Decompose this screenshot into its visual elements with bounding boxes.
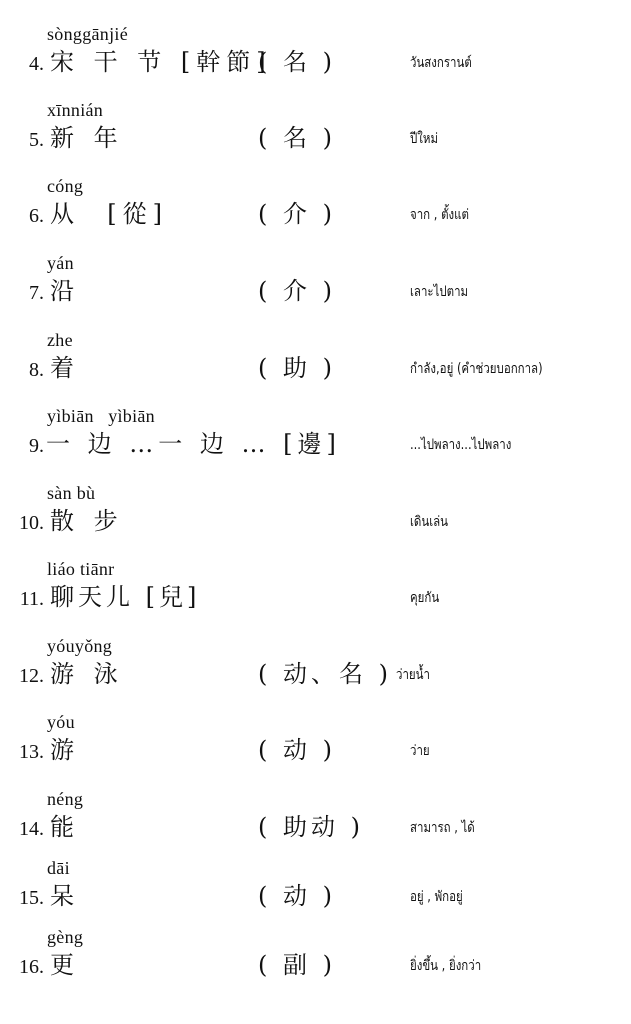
entry-number: 14. <box>0 815 44 843</box>
entry-number: 13. <box>0 738 44 766</box>
vocab-entry: dāi 15. 呆 ( 动 ) อยู่ , พักอยู่ <box>0 858 631 928</box>
chinese-word: 游 <box>50 734 80 766</box>
thai-meaning: ปีใหม่ <box>410 128 438 150</box>
vocab-entry: xīnnián 5. 新 年 ( 名 ) ปีใหม่ <box>0 100 631 170</box>
thai-meaning: ว่ายน้ำ <box>396 664 430 686</box>
entry-number: 11. <box>0 585 44 613</box>
pinyin: liáo tiānr <box>47 559 114 579</box>
thai-meaning: จาก , ตั้งแต่ <box>410 204 469 226</box>
entry-number: 9. <box>0 432 44 460</box>
part-of-speech: ( 介 ) <box>258 198 336 230</box>
thai-meaning: อยู่ , พักอยู่ <box>410 886 463 908</box>
chinese-word: 呆 <box>50 880 80 912</box>
part-of-speech: ( 助 ) <box>258 352 336 384</box>
pinyin: sònggānjié <box>47 24 128 44</box>
entry-number: 8. <box>0 356 44 384</box>
pinyin: néng <box>47 789 83 809</box>
pinyin: gèng <box>47 927 83 947</box>
part-of-speech: ( 动 ) <box>258 880 336 912</box>
vocab-entry: yóuyǒng 12. 游 泳 ( 动、名 ) ว่ายน้ำ <box>0 636 631 706</box>
vocab-entry: yìbiān yìbiān 9. 一 边 …一 边 … [邊] ...ไปพลา… <box>0 406 631 476</box>
pinyin: yìbiān yìbiān <box>47 406 155 426</box>
thai-meaning: ยิ่งขึ้น , ยิ่งกว่า <box>410 955 481 977</box>
entry-number: 5. <box>0 126 44 154</box>
vocab-entry: néng 14. 能 ( 助动 ) สามารถ , ได้ <box>0 789 631 859</box>
chinese-word: 聊天儿 [兒] <box>50 581 200 613</box>
chinese-word: 宋 干 节 [幹節] <box>50 46 272 78</box>
entry-number: 16. <box>0 953 44 981</box>
part-of-speech: ( 动 ) <box>258 734 336 766</box>
thai-meaning: สามารถ , ได้ <box>410 817 475 839</box>
vocab-entry: cóng 6. 从 [從] ( 介 ) จาก , ตั้งแต่ <box>0 176 631 246</box>
entry-number: 6. <box>0 202 44 230</box>
pinyin: zhe <box>47 330 73 350</box>
vocab-entry: yán 7. 沿 ( 介 ) เลาะไปตาม <box>0 253 631 323</box>
thai-meaning: ว่าย <box>410 740 430 762</box>
part-of-speech: ( 助动 ) <box>258 811 364 843</box>
chinese-word: 散 步 <box>50 505 124 537</box>
thai-meaning: คุยกัน <box>410 587 439 609</box>
vocab-entry: yóu 13. 游 ( 动 ) ว่าย <box>0 712 631 782</box>
entry-number: 4. <box>0 50 44 78</box>
thai-meaning: เดินเล่น <box>410 511 448 533</box>
vocab-entry: liáo tiānr 11. 聊天儿 [兒] คุยกัน <box>0 559 631 629</box>
chinese-word: 能 <box>50 811 80 843</box>
chinese-word: 游 泳 <box>50 658 124 690</box>
pinyin: yán <box>47 253 74 273</box>
pinyin: yóu <box>47 712 75 732</box>
pinyin: yóuyǒng <box>47 636 112 656</box>
entry-number: 15. <box>0 884 44 912</box>
chinese-word: 从 [從] <box>50 198 168 230</box>
chinese-word: 新 年 <box>50 122 124 154</box>
entry-number: 10. <box>0 509 44 537</box>
vocab-entry: zhe 8. 着 ( 助 ) กำลัง,อยู่ (คำช่วยบอกกาล) <box>0 330 631 400</box>
vocab-entry: sònggānjié 4. 宋 干 节 [幹節] ( 名 ) วันสงกราน… <box>0 24 631 94</box>
chinese-word: 更 <box>50 949 80 981</box>
part-of-speech: ( 名 ) <box>258 122 336 154</box>
pinyin: xīnnián <box>47 100 103 120</box>
pinyin: sàn bù <box>47 483 95 503</box>
part-of-speech: ( 名 ) <box>258 46 336 78</box>
part-of-speech: ( 副 ) <box>258 949 336 981</box>
thai-meaning: วันสงกรานต์ <box>410 52 472 74</box>
chinese-word: 沿 <box>50 275 80 307</box>
thai-meaning: ...ไปพลาง...ไปพลาง <box>410 434 511 456</box>
part-of-speech: ( 动、名 ) <box>258 658 392 690</box>
part-of-speech: ( 介 ) <box>258 275 336 307</box>
vocab-entry: sàn bù 10. 散 步 เดินเล่น <box>0 483 631 553</box>
chinese-word: 一 边 …一 边 … [邊] <box>46 428 341 460</box>
entry-number: 7. <box>0 279 44 307</box>
entry-number: 12. <box>0 662 44 690</box>
vocab-entry: gèng 16. 更 ( 副 ) ยิ่งขึ้น , ยิ่งกว่า <box>0 927 631 997</box>
pinyin: cóng <box>47 176 83 196</box>
thai-meaning: เลาะไปตาม <box>410 281 468 303</box>
pinyin: dāi <box>47 858 70 878</box>
thai-meaning: กำลัง,อยู่ (คำช่วยบอกกาล) <box>410 358 543 380</box>
chinese-word: 着 <box>50 352 80 384</box>
